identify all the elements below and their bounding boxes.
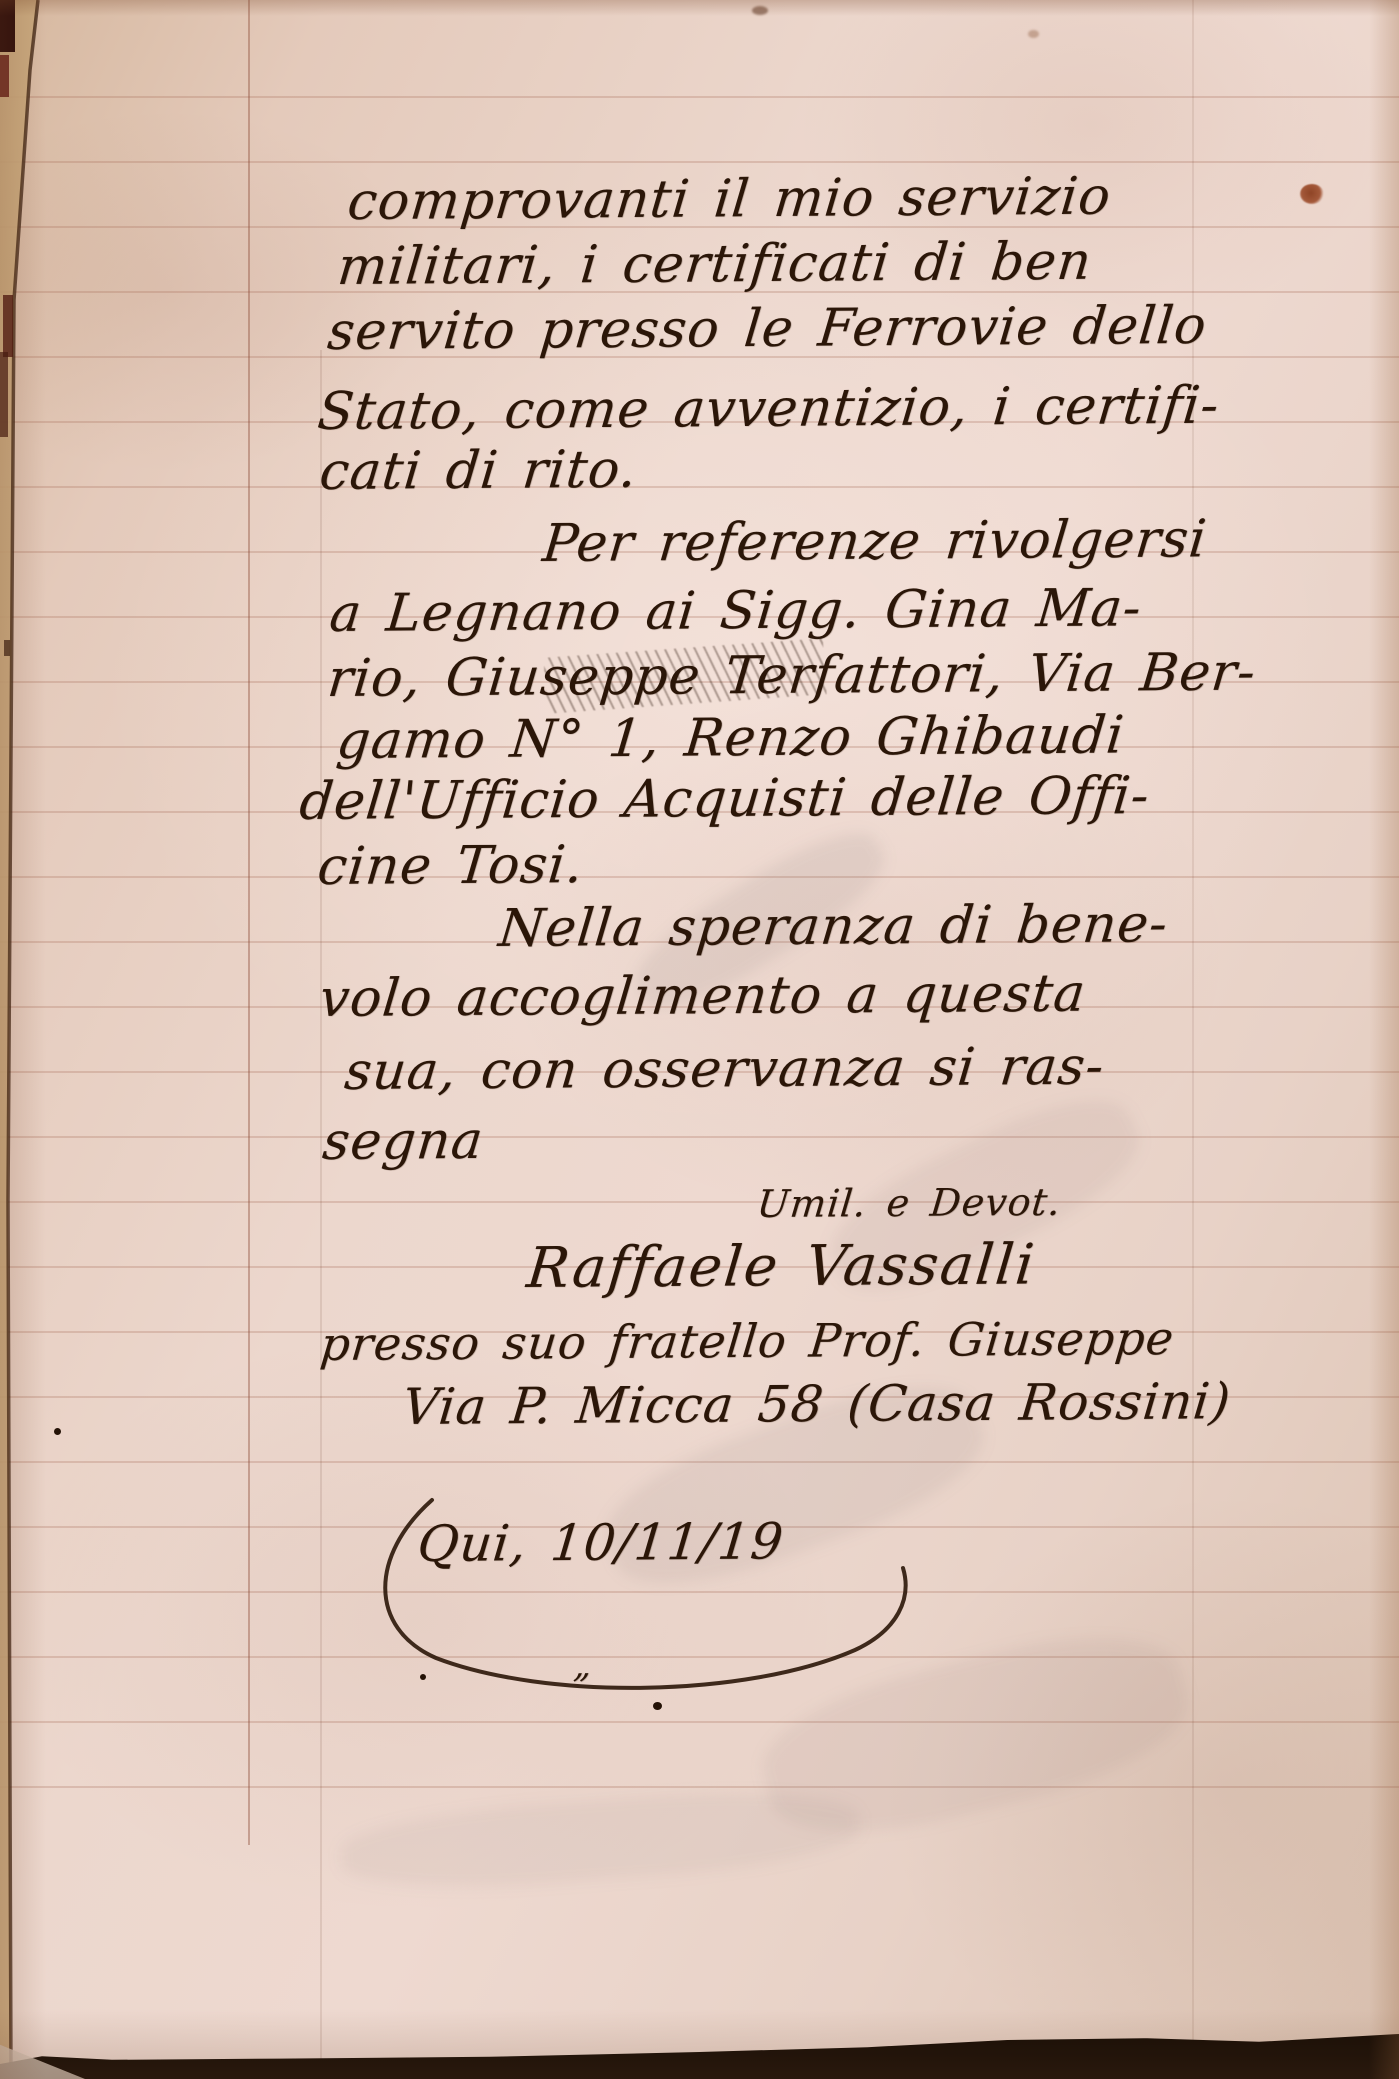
letter-page: comprovanti il mio servizio militari, i … xyxy=(0,0,1399,2079)
date-flourish xyxy=(0,0,1399,2079)
